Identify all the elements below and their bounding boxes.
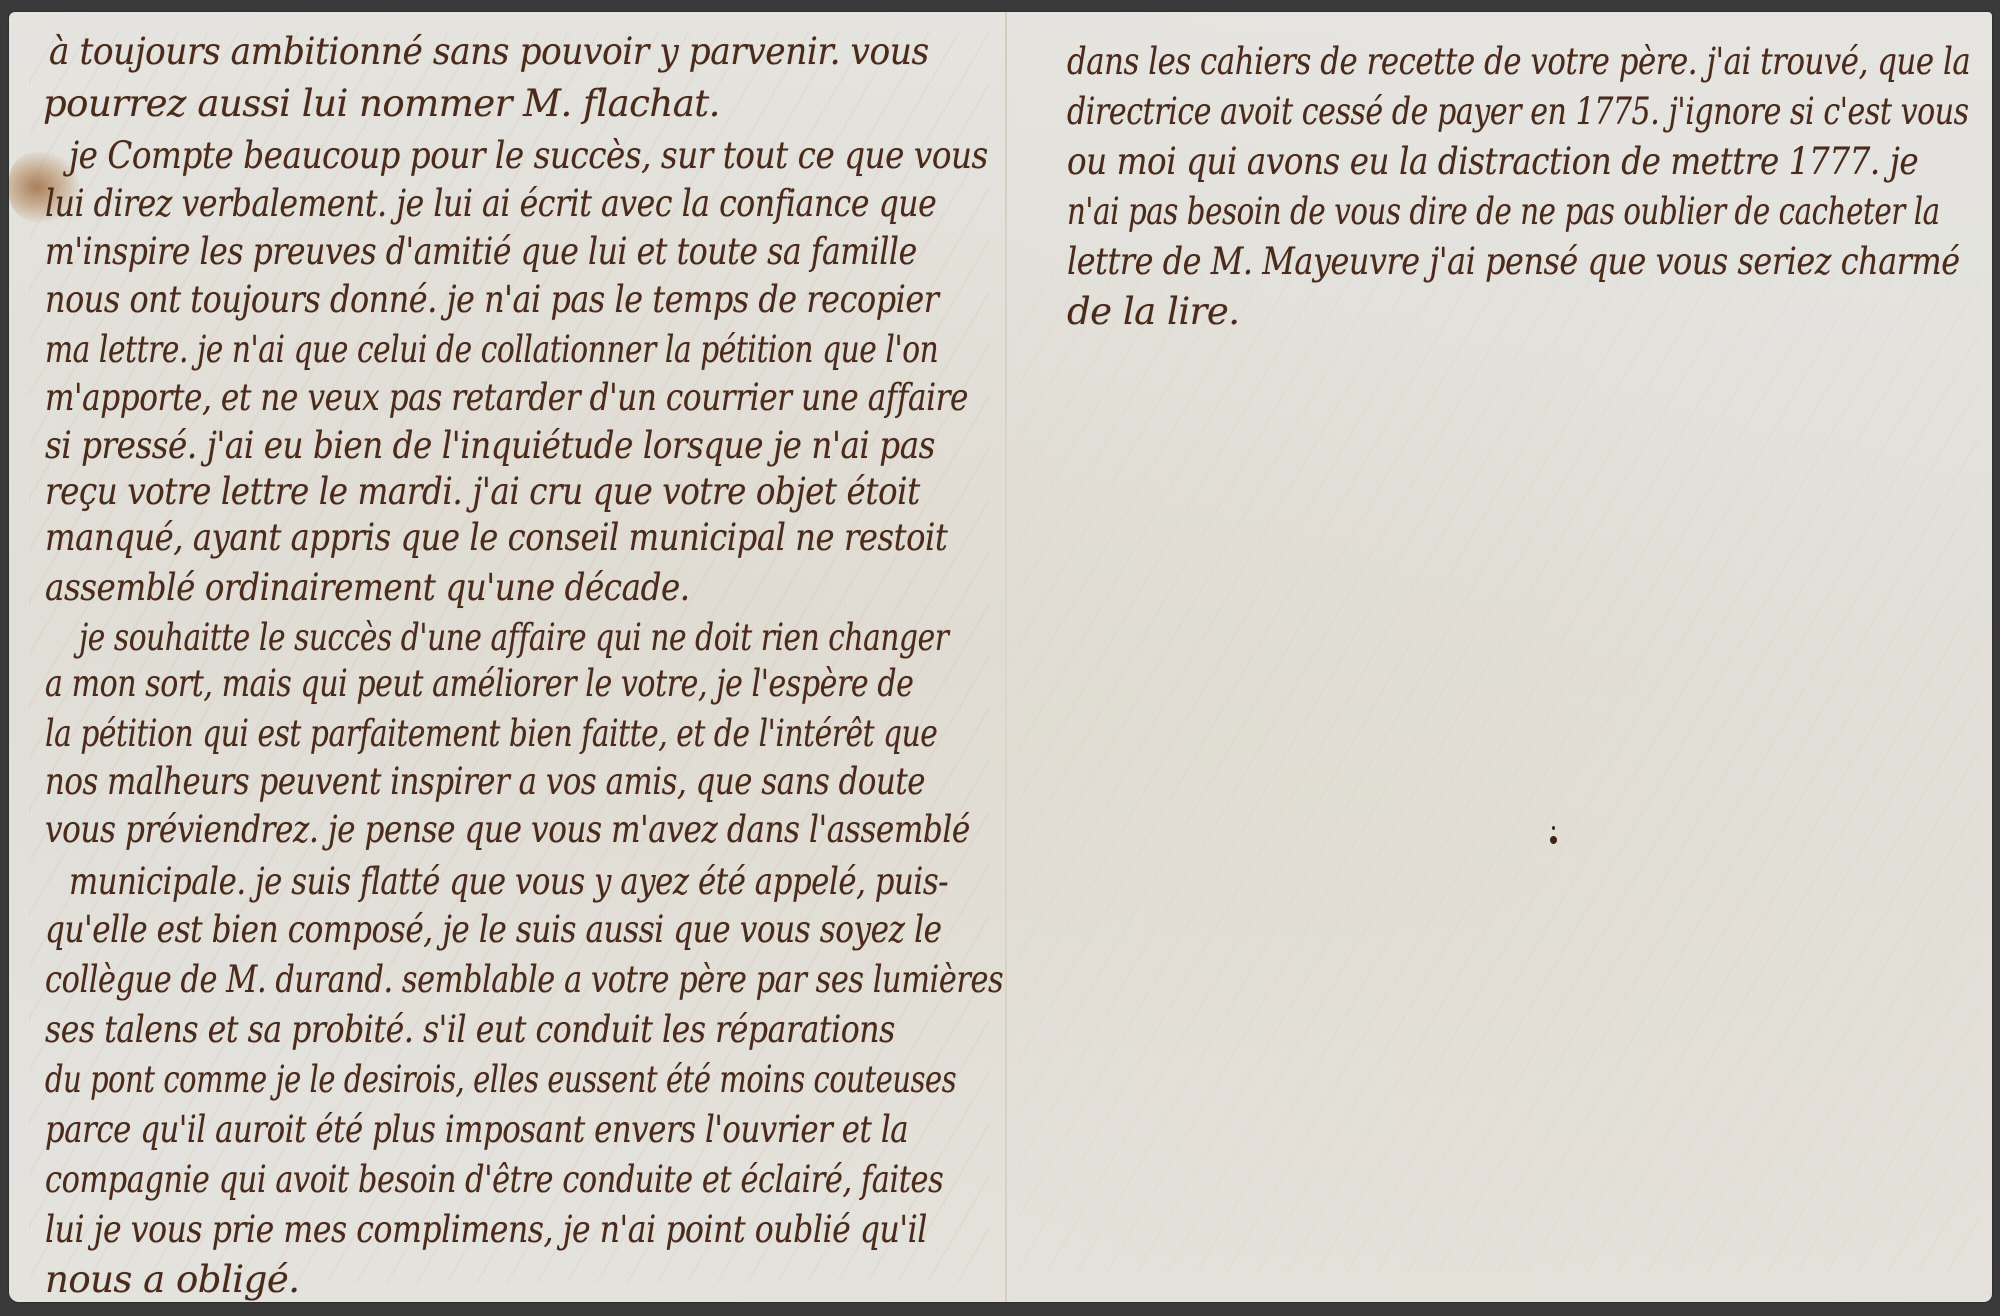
ink-speck bbox=[1552, 826, 1555, 830]
handwritten-line: reçu votre lettre le mardi. j'ai cru que… bbox=[45, 470, 920, 513]
ink-blot bbox=[1550, 836, 1557, 844]
handwritten-line: lettre de M. Mayeuvre j'ai pensé que vou… bbox=[1067, 240, 1960, 283]
handwritten-line: nos malheurs peuvent inspirer a vos amis… bbox=[45, 760, 925, 803]
handwritten-line: lui direz verbalement. je lui ai écrit a… bbox=[45, 182, 936, 225]
handwritten-line: je souhaitte le succès d'une affaire qui… bbox=[79, 616, 948, 659]
handwritten-line: ma lettre. je n'ai que celui de collatio… bbox=[45, 328, 938, 371]
handwritten-line: la pétition qui est parfaitement bien fa… bbox=[45, 712, 937, 755]
right-page: dans les cahiers de recette de votre pèr… bbox=[1007, 12, 1992, 1302]
handwritten-line: ses talens et sa probité. s'il eut condu… bbox=[45, 1008, 895, 1051]
handwritten-line: qu'elle est bien composé, je le suis aus… bbox=[45, 908, 942, 951]
handwritten-line: de la lire. bbox=[1067, 290, 1240, 333]
handwritten-line: compagnie qui avoit besoin d'être condui… bbox=[45, 1158, 943, 1201]
handwritten-line: n'ai pas besoin de vous dire de ne pas o… bbox=[1067, 190, 1940, 233]
handwritten-line: à toujours ambitionné sans pouvoir y par… bbox=[49, 30, 929, 73]
handwritten-line: m'apporte, et ne veux pas retarder d'un … bbox=[45, 376, 968, 419]
handwritten-line: collègue de M. durand. semblable a votre… bbox=[45, 958, 1003, 1001]
handwritten-line: si pressé. j'ai eu bien de l'inquiétude … bbox=[45, 424, 935, 467]
handwritten-line: vous préviendrez. je pense que vous m'av… bbox=[45, 808, 970, 851]
handwritten-line: pourrez aussi lui nommer M. flachat. bbox=[43, 82, 720, 125]
document-viewer: à toujours ambitionné sans pouvoir y par… bbox=[0, 0, 2000, 1316]
left-page: à toujours ambitionné sans pouvoir y par… bbox=[9, 12, 1005, 1302]
handwritten-line: nous a obligé. bbox=[45, 1258, 299, 1301]
handwritten-line: a mon sort, mais qui peut améliorer le v… bbox=[45, 662, 913, 705]
handwritten-line: je Compte beaucoup pour le succès, sur t… bbox=[69, 134, 988, 177]
handwritten-line: ou moi qui avons eu la distraction de me… bbox=[1067, 140, 1918, 183]
handwritten-line: parce qu'il auroit été plus imposant env… bbox=[45, 1108, 908, 1151]
handwritten-line: assemblé ordinairement qu'une décade. bbox=[45, 566, 690, 609]
handwritten-line: m'inspire les preuves d'amitié que lui e… bbox=[45, 230, 917, 273]
handwritten-line: manqué, ayant appris que le conseil muni… bbox=[45, 516, 947, 559]
handwritten-line: nous ont toujours donné. je n'ai pas le … bbox=[45, 278, 939, 321]
handwritten-line: directrice avoit cessé de payer en 1775.… bbox=[1067, 90, 1969, 133]
handwritten-line: dans les cahiers de recette de votre pèr… bbox=[1067, 40, 1970, 83]
handwritten-line: du pont comme je le desirois, elles euss… bbox=[45, 1058, 956, 1101]
handwritten-line: municipale. je suis flatté que vous y ay… bbox=[69, 860, 948, 903]
handwritten-line: lui je vous prie mes complimens, je n'ai… bbox=[45, 1208, 927, 1251]
letter-sheet: à toujours ambitionné sans pouvoir y par… bbox=[9, 12, 1992, 1302]
